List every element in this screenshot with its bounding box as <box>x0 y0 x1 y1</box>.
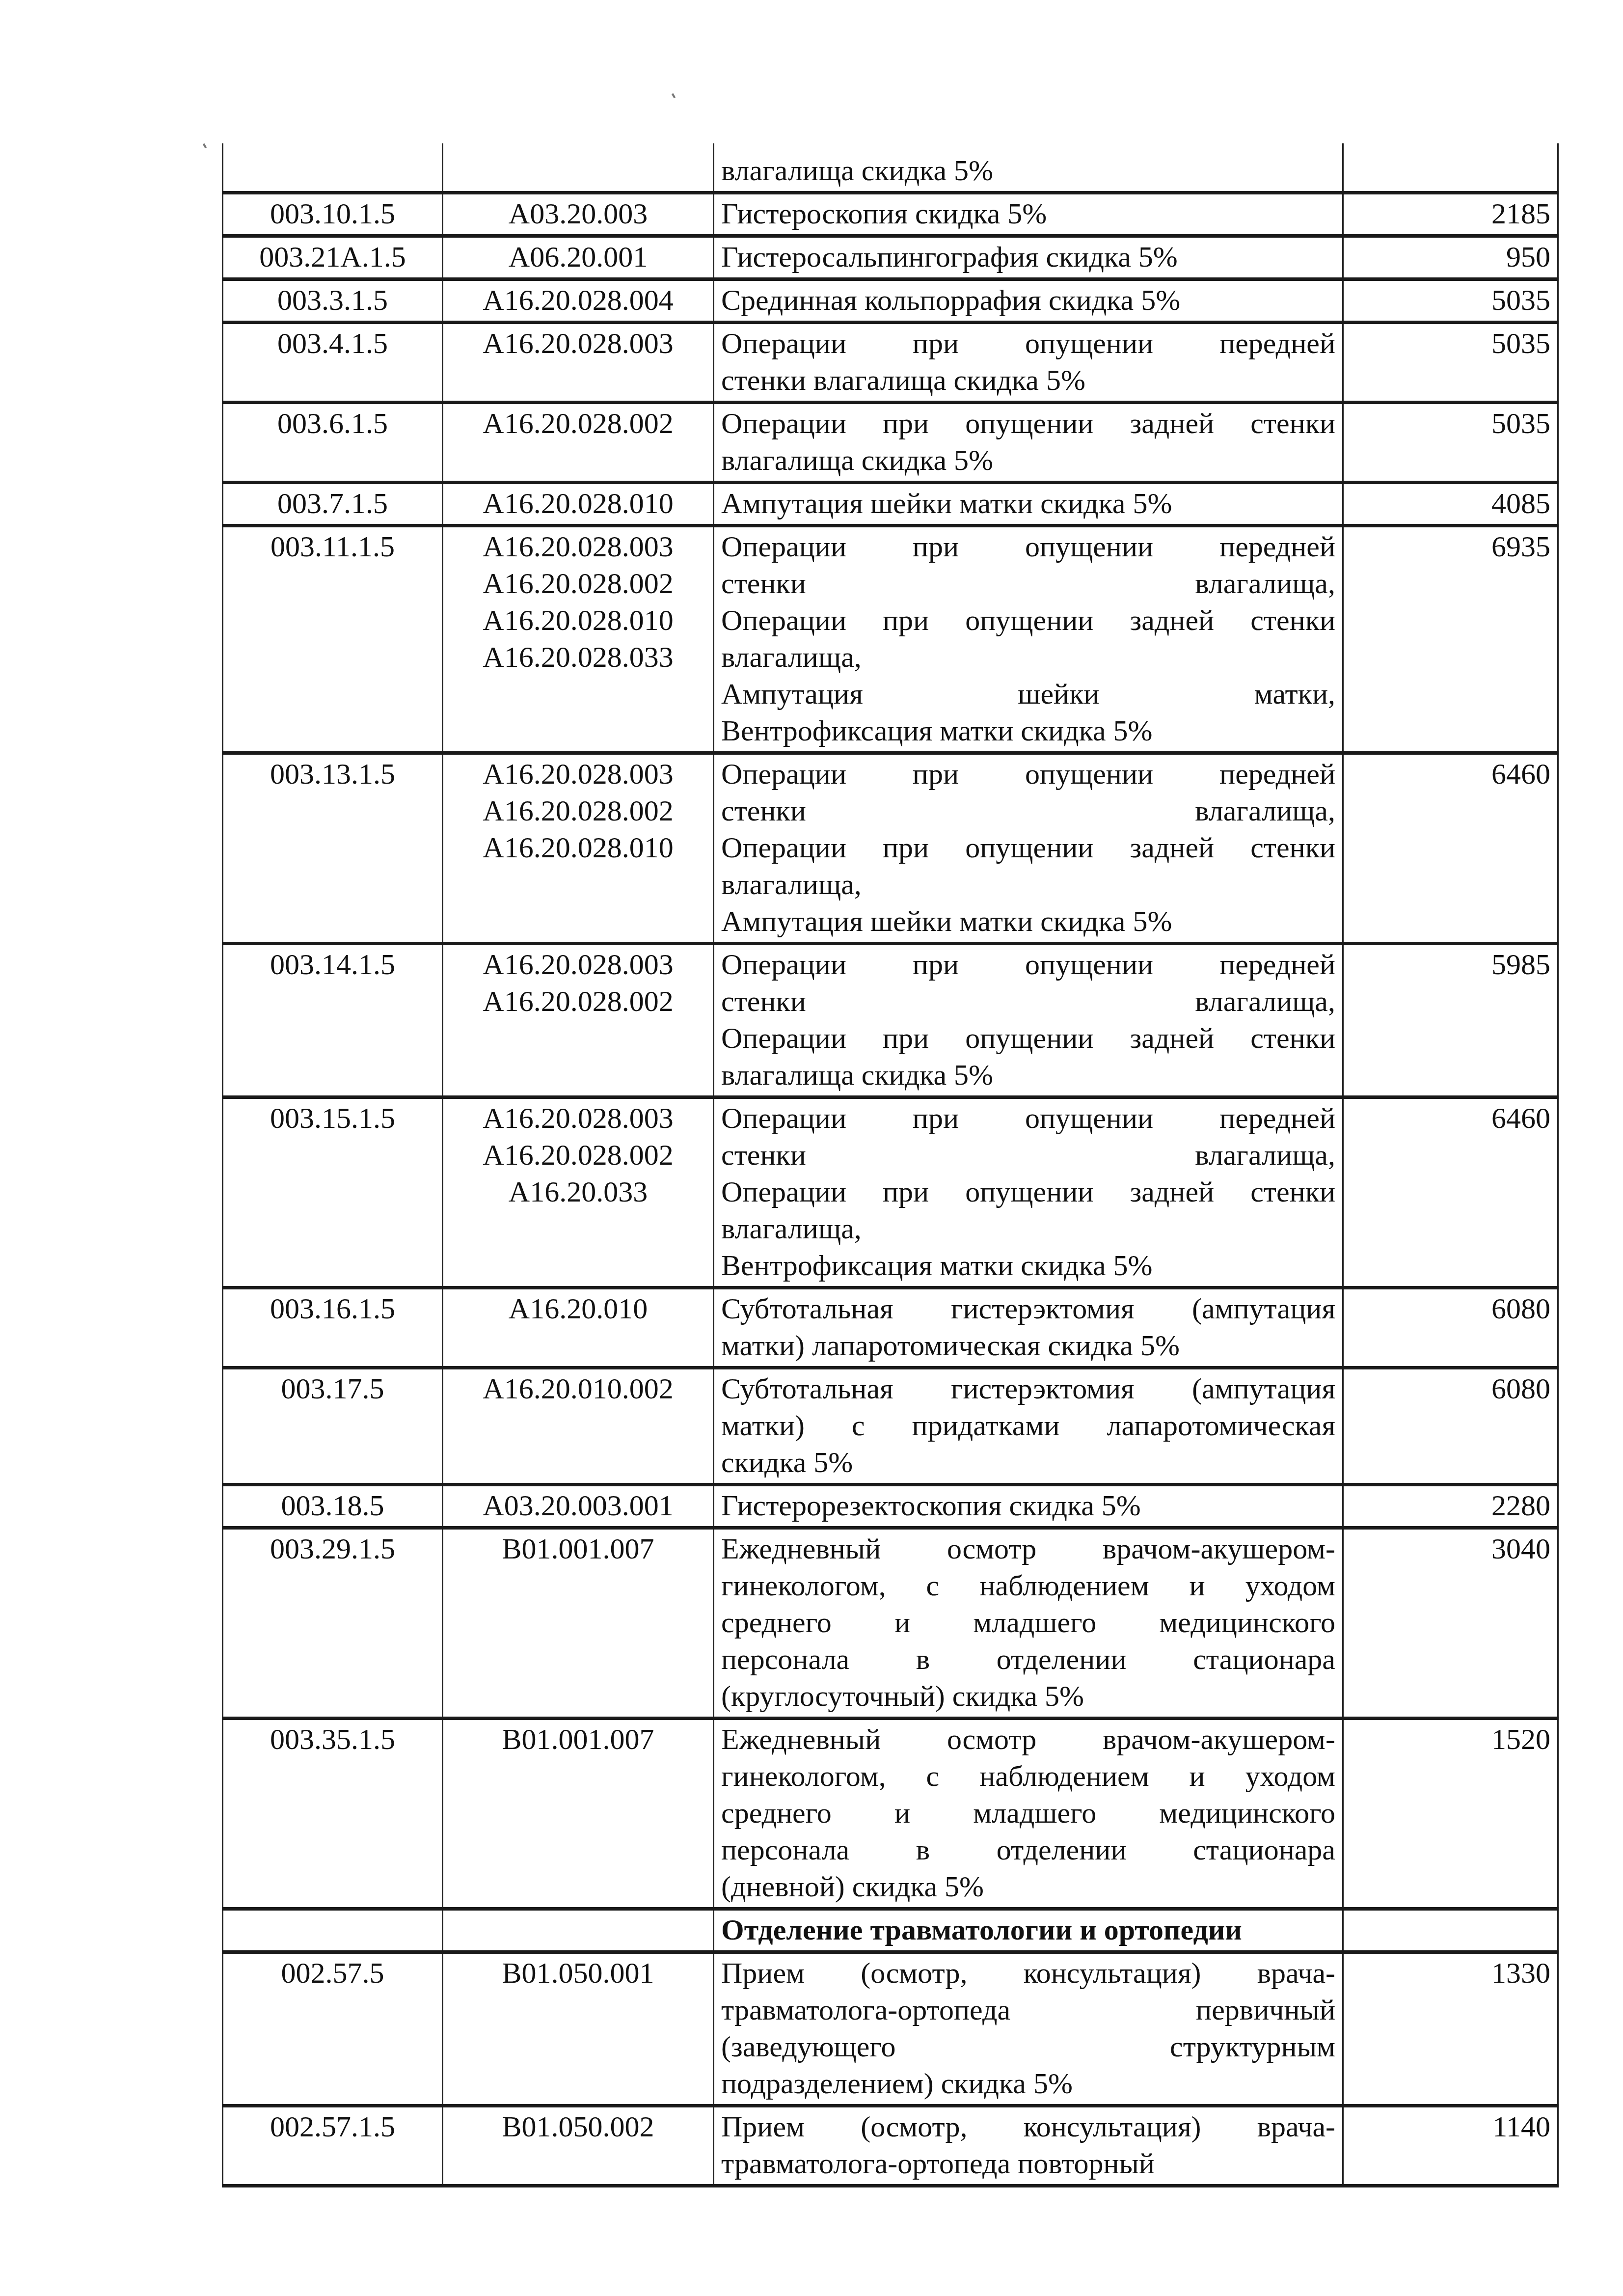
service-name-line: Ежедневный осмотр врачом-акушером- <box>721 1721 1335 1758</box>
service-name-line: влагалища, <box>721 639 1335 676</box>
service-name-cell: Операции при опущении переднейстенки вла… <box>714 526 1343 753</box>
service-code-cell: B01.050.001 <box>443 1952 714 2106</box>
code-cell: 003.35.1.5 <box>223 1719 443 1909</box>
table-row: 003.18.5A03.20.003.001Гистерорезектоскоп… <box>223 1485 1558 1528</box>
service-name-line: (дневной) скидка 5% <box>721 1868 1335 1905</box>
price-cell: 5035 <box>1343 403 1558 483</box>
service-name-line: матки) лапаротомическая скидка 5% <box>721 1327 1335 1364</box>
service-name-cell: влагалища скидка 5% <box>714 143 1343 193</box>
code-cell: 002.57.5 <box>223 1952 443 2106</box>
service-code: A16.20.028.002 <box>450 983 706 1020</box>
price-cell: 5035 <box>1343 323 1558 403</box>
service-code: A03.20.003 <box>450 195 706 232</box>
service-name-cell: Операции при опущении переднейстенки вла… <box>714 1097 1343 1288</box>
table-row: 003.7.1.5A16.20.028.010Ампутация шейки м… <box>223 483 1558 526</box>
service-code-cell: A16.20.010.002 <box>443 1368 714 1485</box>
price-cell: 6460 <box>1343 753 1558 944</box>
service-code-cell <box>443 1909 714 1952</box>
service-name-line: среднего и младшего медицинского <box>721 1795 1335 1831</box>
table-row: 003.21A.1.5A06.20.001Гистеросальпингогра… <box>223 236 1558 279</box>
service-name-line: Срединная кольпоррафия скидка 5% <box>721 282 1335 319</box>
service-name-line: стенки влагалища скидка 5% <box>721 362 1335 399</box>
service-name-line: влагалища скидка 5% <box>721 152 1335 189</box>
service-code: A16.20.028.002 <box>450 793 706 829</box>
service-code: A16.20.033 <box>450 1174 706 1210</box>
service-name-cell: Гистероскопия скидка 5% <box>714 193 1343 236</box>
service-code: B01.050.001 <box>450 1955 706 1992</box>
code-cell: 003.13.1.5 <box>223 753 443 944</box>
code-cell: 003.11.1.5 <box>223 526 443 753</box>
service-name-line: Вентрофиксация матки скидка 5% <box>721 712 1335 749</box>
service-code: A16.20.028.004 <box>450 282 706 319</box>
code-cell: 003.10.1.5 <box>223 193 443 236</box>
service-name-line: (заведующего структурным <box>721 2028 1335 2065</box>
service-name-line: скидка 5% <box>721 1444 1335 1481</box>
service-name-cell: Ежедневный осмотр врачом-акушером-гинеко… <box>714 1719 1343 1909</box>
service-code-cell: A03.20.003.001 <box>443 1485 714 1528</box>
price-cell <box>1343 143 1558 193</box>
service-name-line: Операции при опущении передней <box>721 1100 1335 1137</box>
service-name-cell: Субтотальная гистерэктомия (ампутациямат… <box>714 1368 1343 1485</box>
service-name-cell: Прием (осмотр, консультация) врача-травм… <box>714 2106 1343 2186</box>
code-cell: 003.6.1.5 <box>223 403 443 483</box>
service-code: A16.20.028.010 <box>450 485 706 522</box>
service-code-cell: B01.001.007 <box>443 1528 714 1719</box>
service-name-line: Операции при опущении задней стенки <box>721 1020 1335 1057</box>
service-code: B01.001.007 <box>450 1721 706 1758</box>
price-cell: 5985 <box>1343 944 1558 1097</box>
service-code: A16.20.028.010 <box>450 602 706 639</box>
table-row: 003.11.1.5A16.20.028.003A16.20.028.002A1… <box>223 526 1558 753</box>
service-code-cell: A16.20.028.003 <box>443 323 714 403</box>
service-code: A16.20.028.002 <box>450 1137 706 1174</box>
service-name-line: Операции при опущении передней <box>721 756 1335 793</box>
service-code-cell: A16.20.010 <box>443 1288 714 1368</box>
service-name-cell: Операции при опущении переднейстенки вла… <box>714 323 1343 403</box>
service-name-line: травматолога-ортопеда повторный <box>721 2145 1335 2182</box>
service-name-line: Ежедневный осмотр врачом-акушером- <box>721 1531 1335 1567</box>
service-name-line: гинекологом, с наблюдением и уходом <box>721 1567 1335 1604</box>
service-code: A16.20.028.003 <box>450 756 706 793</box>
price-cell: 1140 <box>1343 2106 1558 2186</box>
service-name-cell: Срединная кольпоррафия скидка 5% <box>714 279 1343 323</box>
service-name-line: Операции при опущении передней <box>721 325 1335 362</box>
price-table: влагалища скидка 5%003.10.1.5A03.20.003Г… <box>222 143 1559 2187</box>
service-name-line: Гистероскопия скидка 5% <box>721 195 1335 232</box>
price-cell <box>1343 1909 1558 1952</box>
table-row: 002.57.1.5B01.050.002Прием (осмотр, конс… <box>223 2106 1558 2186</box>
service-code: A16.20.010.002 <box>450 1370 706 1407</box>
service-name-line: влагалища, <box>721 866 1335 903</box>
service-name-line: Операции при опущении задней стенки <box>721 1174 1335 1210</box>
service-name-cell: Гистеросальпингография скидка 5% <box>714 236 1343 279</box>
price-cell: 6460 <box>1343 1097 1558 1288</box>
service-name-line: персонала в отделении стационара <box>721 1641 1335 1678</box>
service-name-cell: Операции при опущении задней стенкивлага… <box>714 403 1343 483</box>
price-cell: 6080 <box>1343 1368 1558 1485</box>
service-code: A16.20.028.003 <box>450 528 706 565</box>
price-cell: 5035 <box>1343 279 1558 323</box>
service-code-cell: A16.20.028.003A16.20.028.002 <box>443 944 714 1097</box>
service-name-cell: Субтотальная гистерэктомия (ампутациямат… <box>714 1288 1343 1368</box>
service-name-line: Гистеросальпингография скидка 5% <box>721 239 1335 275</box>
service-name-line: стенки влагалища, <box>721 793 1335 829</box>
price-table-body: влагалища скидка 5%003.10.1.5A03.20.003Г… <box>223 143 1558 2186</box>
service-name-line: Ампутация шейки матки скидка 5% <box>721 485 1335 522</box>
code-cell: 003.15.1.5 <box>223 1097 443 1288</box>
service-name-cell: Прием (осмотр, консультация) врача-травм… <box>714 1952 1343 2106</box>
service-code: A03.20.003.001 <box>450 1487 706 1524</box>
code-cell <box>223 143 443 193</box>
table-row: 003.13.1.5A16.20.028.003A16.20.028.002A1… <box>223 753 1558 944</box>
scan-speck <box>672 93 676 99</box>
table-row: 003.14.1.5A16.20.028.003A16.20.028.002Оп… <box>223 944 1558 1097</box>
service-code: A16.20.010 <box>450 1290 706 1327</box>
service-code-cell: A16.20.028.003A16.20.028.002A16.20.033 <box>443 1097 714 1288</box>
service-name-line: Операции при опущении задней стенки <box>721 602 1335 639</box>
service-code-cell: A03.20.003 <box>443 193 714 236</box>
service-code-cell: A16.20.028.010 <box>443 483 714 526</box>
service-code-cell: A06.20.001 <box>443 236 714 279</box>
service-code-cell: A16.20.028.002 <box>443 403 714 483</box>
table-row: 003.17.5A16.20.010.002Субтотальная гисте… <box>223 1368 1558 1485</box>
service-name-line: (круглосуточный) скидка 5% <box>721 1678 1335 1715</box>
service-code-cell: A16.20.028.003A16.20.028.002A16.20.028.0… <box>443 526 714 753</box>
table-row: 003.4.1.5A16.20.028.003Операции при опущ… <box>223 323 1558 403</box>
table-row: 003.6.1.5A16.20.028.002Операции при опущ… <box>223 403 1558 483</box>
service-code: A06.20.001 <box>450 239 706 275</box>
service-name-line: Прием (осмотр, консультация) врача- <box>721 1955 1335 1992</box>
service-name-line: матки) с придатками лапаротомическая <box>721 1407 1335 1444</box>
code-cell: 003.16.1.5 <box>223 1288 443 1368</box>
service-name-cell: Ампутация шейки матки скидка 5% <box>714 483 1343 526</box>
code-cell: 003.29.1.5 <box>223 1528 443 1719</box>
service-code: A16.20.028.002 <box>450 405 706 442</box>
service-name-line: Ампутация шейки матки скидка 5% <box>721 903 1335 940</box>
service-name-line: подразделением) скидка 5% <box>721 2065 1335 2102</box>
table-row: влагалища скидка 5% <box>223 143 1558 193</box>
table-row: 003.15.1.5A16.20.028.003A16.20.028.002A1… <box>223 1097 1558 1288</box>
code-cell: 003.21A.1.5 <box>223 236 443 279</box>
service-name-line: Субтотальная гистерэктомия (ампутация <box>721 1290 1335 1327</box>
service-name-line: Гистерорезектоскопия скидка 5% <box>721 1487 1335 1524</box>
service-name-line: Субтотальная гистерэктомия (ампутация <box>721 1370 1335 1407</box>
service-code: A16.20.028.033 <box>450 639 706 676</box>
price-cell: 6080 <box>1343 1288 1558 1368</box>
scan-speck <box>203 143 207 149</box>
service-name-line: влагалища, <box>721 1210 1335 1247</box>
service-name-line: Операции при опущении передней <box>721 528 1335 565</box>
service-code: B01.050.002 <box>450 2108 706 2145</box>
code-cell: 003.17.5 <box>223 1368 443 1485</box>
service-name-line: Вентрофиксация матки скидка 5% <box>721 1247 1335 1284</box>
service-code: A16.20.028.003 <box>450 1100 706 1137</box>
service-code-cell <box>443 143 714 193</box>
service-name-line: влагалища скидка 5% <box>721 1057 1335 1093</box>
service-code-cell: B01.050.002 <box>443 2106 714 2186</box>
service-code-cell: B01.001.007 <box>443 1719 714 1909</box>
price-cell: 4085 <box>1343 483 1558 526</box>
service-name-line: Ампутация шейки матки, <box>721 676 1335 712</box>
service-name-line: Операции при опущении передней <box>721 946 1335 983</box>
scanned-page: влагалища скидка 5%003.10.1.5A03.20.003Г… <box>0 0 1623 2296</box>
price-cell: 1520 <box>1343 1719 1558 1909</box>
service-name-line: Операции при опущении задней стенки <box>721 829 1335 866</box>
section-title: Отделение травматологии и ортопедии <box>714 1909 1343 1952</box>
service-name-line: травматолога-ортопеда первичный <box>721 1992 1335 2028</box>
service-code: B01.001.007 <box>450 1531 706 1567</box>
service-name-line: гинекологом, с наблюдением и уходом <box>721 1758 1335 1795</box>
service-code: A16.20.028.010 <box>450 829 706 866</box>
service-name-line: Прием (осмотр, консультация) врача- <box>721 2108 1335 2145</box>
service-code: A16.20.028.003 <box>450 946 706 983</box>
code-cell: 003.7.1.5 <box>223 483 443 526</box>
price-cell: 2280 <box>1343 1485 1558 1528</box>
service-name-cell: Операции при опущении переднейстенки вла… <box>714 944 1343 1097</box>
price-cell: 1330 <box>1343 1952 1558 2106</box>
service-name-line: стенки влагалища, <box>721 1137 1335 1174</box>
service-name-cell: Ежедневный осмотр врачом-акушером-гинеко… <box>714 1528 1343 1719</box>
table-row: 003.29.1.5B01.001.007Ежедневный осмотр в… <box>223 1528 1558 1719</box>
service-name-cell: Операции при опущении переднейстенки вла… <box>714 753 1343 944</box>
price-cell: 2185 <box>1343 193 1558 236</box>
service-name-cell: Гистерорезектоскопия скидка 5% <box>714 1485 1343 1528</box>
price-cell: 6935 <box>1343 526 1558 753</box>
service-name-line: среднего и младшего медицинского <box>721 1604 1335 1641</box>
service-name-line: стенки влагалища, <box>721 565 1335 602</box>
service-name-line: персонала в отделении стационара <box>721 1831 1335 1868</box>
table-row: 003.16.1.5A16.20.010Субтотальная гистерэ… <box>223 1288 1558 1368</box>
service-code-cell: A16.20.028.003A16.20.028.002A16.20.028.0… <box>443 753 714 944</box>
table-row: 003.10.1.5A03.20.003Гистероскопия скидка… <box>223 193 1558 236</box>
code-cell: 003.18.5 <box>223 1485 443 1528</box>
service-name-line: стенки влагалища, <box>721 983 1335 1020</box>
table-row: 003.3.1.5A16.20.028.004Срединная кольпор… <box>223 279 1558 323</box>
service-name-line: Операции при опущении задней стенки <box>721 405 1335 442</box>
table-row: 002.57.5B01.050.001Прием (осмотр, консул… <box>223 1952 1558 2106</box>
section-row: Отделение травматологии и ортопедии <box>223 1909 1558 1952</box>
service-code: A16.20.028.003 <box>450 325 706 362</box>
service-name-line: влагалища скидка 5% <box>721 442 1335 479</box>
code-cell <box>223 1909 443 1952</box>
code-cell: 003.3.1.5 <box>223 279 443 323</box>
service-code-cell: A16.20.028.004 <box>443 279 714 323</box>
code-cell: 002.57.1.5 <box>223 2106 443 2186</box>
table-row: 003.35.1.5B01.001.007Ежедневный осмотр в… <box>223 1719 1558 1909</box>
price-cell: 950 <box>1343 236 1558 279</box>
price-cell: 3040 <box>1343 1528 1558 1719</box>
code-cell: 003.14.1.5 <box>223 944 443 1097</box>
service-code: A16.20.028.002 <box>450 565 706 602</box>
code-cell: 003.4.1.5 <box>223 323 443 403</box>
